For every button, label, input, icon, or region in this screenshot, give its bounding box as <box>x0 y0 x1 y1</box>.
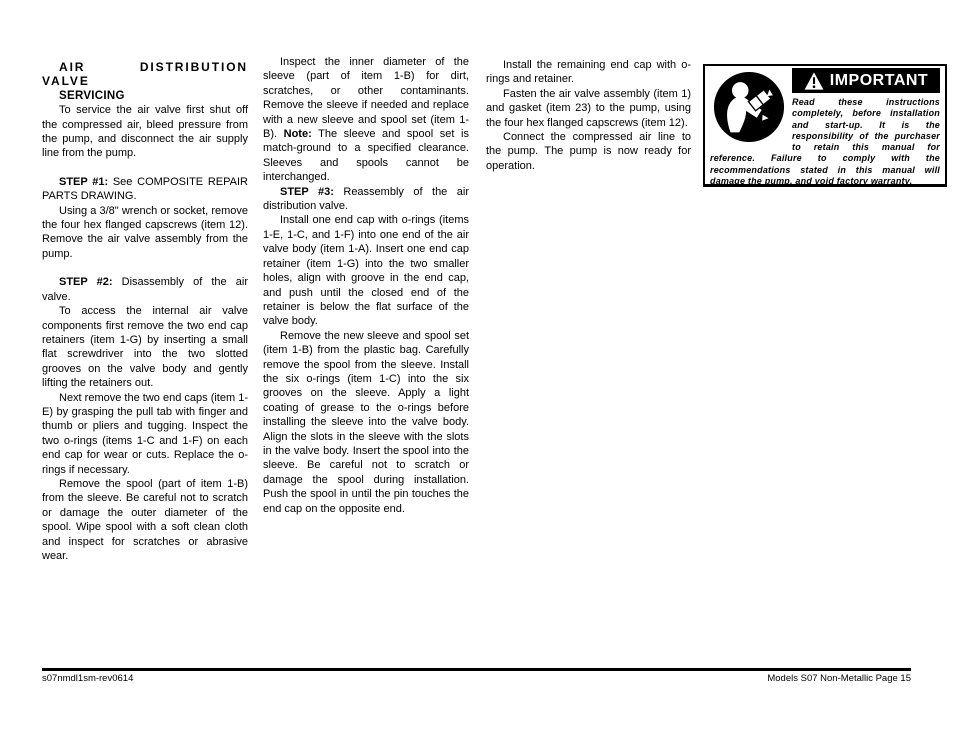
section-title: AIR DISTRIBUTION VALVE <box>42 60 248 89</box>
note-label: Note: <box>284 128 312 140</box>
important-header-label: IMPORTANT <box>830 72 928 90</box>
col2-step3-paragraph: STEP #3: Reassembly of the air distribut… <box>263 185 469 214</box>
footer-rule <box>42 668 911 671</box>
col1-paragraph-4: Next remove the two end caps (item 1-E) … <box>42 391 248 477</box>
step1-label: STEP #1: <box>59 176 108 188</box>
footer-page-label: Models S07 Non-Metallic Page 15 <box>767 673 911 684</box>
step3-label: STEP #3: <box>280 186 334 198</box>
col2-paragraph-1: Inspect the inner diameter of the sleeve… <box>263 55 469 185</box>
col1-paragraph-2: Using a 3/8" wrench or socket, remove th… <box>42 204 248 262</box>
footer-document-code: s07nmdl1sm-rev0614 <box>42 673 133 684</box>
read-manual-icon <box>710 68 792 144</box>
step2-label: STEP #2: <box>59 276 113 288</box>
important-warning-box: IMPORTANT Read these instructions comple… <box>703 64 947 187</box>
col1-paragraph-5: Remove the spool (part of item 1-B) from… <box>42 477 248 563</box>
col1-step1-paragraph: STEP #1: See COMPOSITE REPAIR PARTS DRAW… <box>42 175 248 204</box>
column-2: Inspect the inner diameter of the sleeve… <box>263 55 469 516</box>
section-subtitle: SERVICING <box>42 89 248 103</box>
column-1: AIR DISTRIBUTION VALVE SERVICING To serv… <box>42 60 248 563</box>
column-3: Install the remaining end cap with o-rin… <box>486 58 691 173</box>
col2-paragraph-3: Remove the new sleeve and spool set (ite… <box>263 329 469 516</box>
col1-paragraph-3: To access the internal air valve compone… <box>42 304 248 390</box>
manual-page: AIR DISTRIBUTION VALVE SERVICING To serv… <box>0 0 954 738</box>
col2-paragraph-2: Install one end cap with o-rings (items … <box>263 213 469 328</box>
col3-paragraph-2: Fasten the air valve assembly (item 1) a… <box>486 87 691 130</box>
col1-step2-paragraph: STEP #2: Disassembly of the air valve. <box>42 275 248 304</box>
col3-paragraph-3: Connect the compressed air line to the p… <box>486 130 691 173</box>
col1-paragraph-1: To service the air valve first shut off … <box>42 103 248 161</box>
important-header-bar: IMPORTANT <box>792 68 940 93</box>
col3-paragraph-1: Install the remaining end cap with o-rin… <box>486 58 691 87</box>
warning-triangle-icon <box>804 72 824 90</box>
